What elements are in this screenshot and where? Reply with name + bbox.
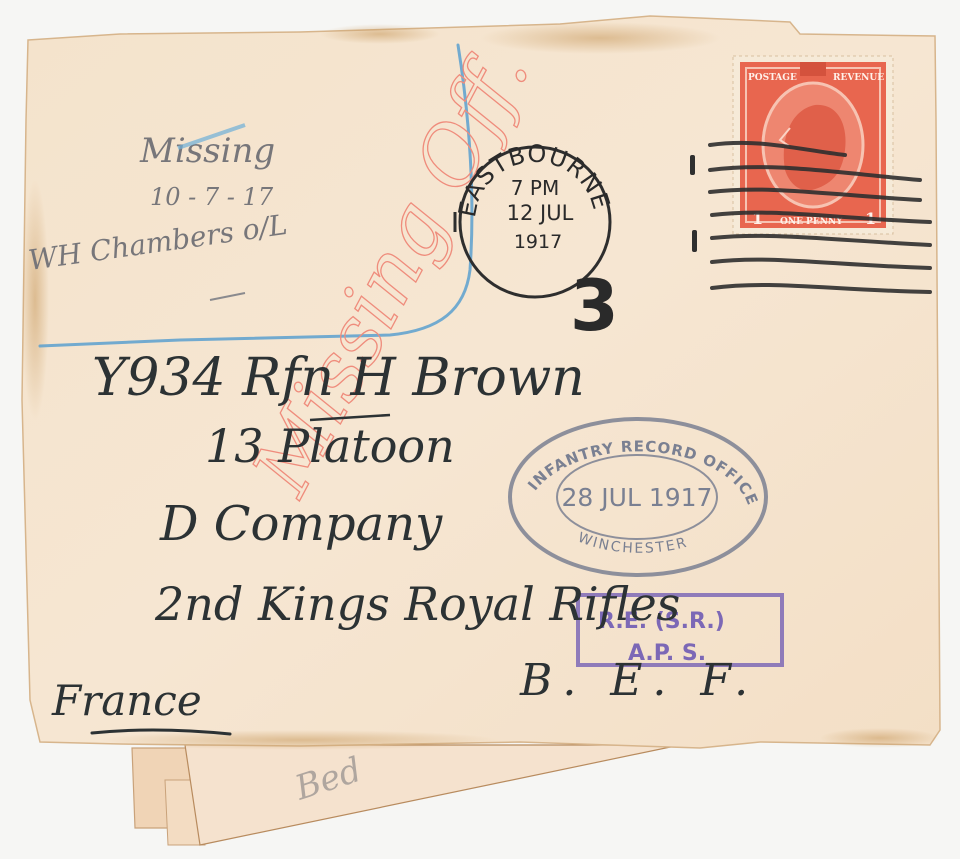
stamp-value-label: ONE PENNY [780,217,843,227]
record-office-date: 28 JUL 1917 [562,483,713,512]
address-line-company: D Company [159,496,443,552]
postmark-time: 7 PM [511,176,559,200]
postmark-tax-mark: 3 [570,265,619,347]
postmark-year: 1917 [514,231,562,253]
pencil-note-date: 10 - 7 - 17 [150,183,274,211]
address-line-name: Y934 Rfn H Brown [92,348,585,408]
address-line-regiment: 2nd Kings Royal Rifles [154,577,680,631]
stamp-revenue-label: REVENUE [833,73,884,83]
address-country: France [51,676,202,725]
address-line-bef: B. E. F. [519,655,758,706]
address-line-platoon: 13 Platoon [205,419,455,473]
postmark-date: 12 JUL [507,201,574,225]
stamp-postage-label: POSTAGE [748,73,797,83]
envelope-photo: Bed Missing 10 - 7 - 17 WH Chambers o/L … [0,0,960,859]
enclosed-letter: Bed [132,745,680,845]
